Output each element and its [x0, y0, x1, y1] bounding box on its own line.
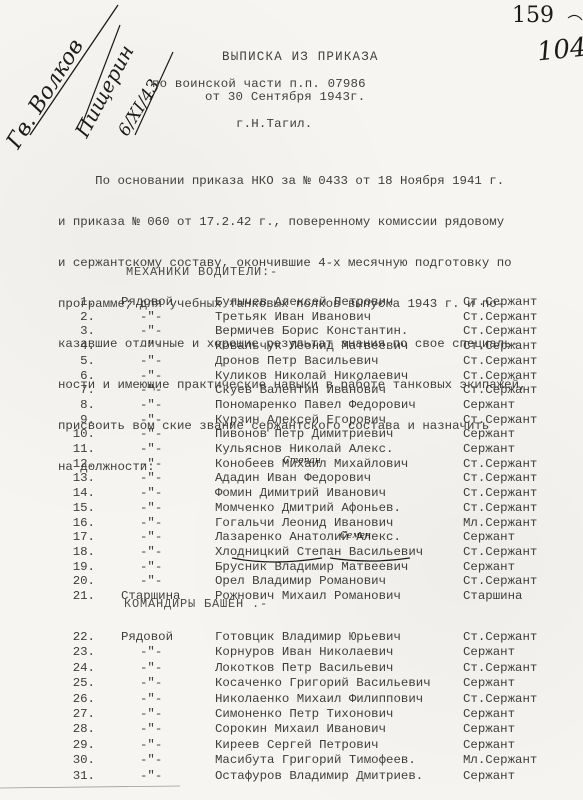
row-number: 25.	[73, 676, 95, 690]
row-number: 5.	[80, 354, 95, 368]
row-name: Николаенко Михаил Филиппович	[215, 692, 423, 706]
row-rank: -"-	[140, 738, 214, 752]
row-number: 30.	[73, 753, 95, 767]
row-name: Булычев Алексей Петрович	[215, 295, 393, 309]
row-rank: -"-	[140, 413, 214, 427]
row-rank: -"-	[140, 560, 214, 574]
row-assigned-rank: Ст.Сержант	[463, 630, 537, 644]
row-name: Куликов Николай Николаевич	[215, 369, 408, 383]
handwritten-annotation: Степан	[283, 456, 321, 466]
row-rank: -"-	[140, 545, 214, 559]
roster-row: 7.-"-Скуев Валентин ИвановичСт.Сержант	[0, 383, 583, 397]
row-number: 19.	[73, 560, 95, 574]
roster-row: 11.-"-Кульяснов Николай Алекс.Сержант	[0, 442, 583, 456]
row-assigned-rank: Старшина	[463, 589, 523, 603]
row-number: 29.	[73, 738, 95, 752]
row-name: Вермичев Борис Константин.	[215, 324, 408, 338]
row-number: 23.	[73, 645, 95, 659]
row-number: 16.	[73, 516, 95, 530]
row-rank: -"-	[140, 769, 214, 783]
row-number: 12.	[73, 457, 95, 471]
row-assigned-rank: Сержант	[463, 707, 515, 721]
row-name: Сорокин Михаил Иванович	[215, 722, 386, 736]
roster-row: 22.РядовойГотовцик Владимир ЮрьевичСт.Се…	[0, 630, 583, 644]
row-rank: -"-	[140, 471, 214, 485]
roster-row: 6.-"-Куликов Николай НиколаевичСт.Сержан…	[0, 369, 583, 383]
roster-row: 19.-"-Брусник Владимир МатвеевичСержант	[0, 560, 583, 574]
roster-row: 2.-"-Третьяк Иван ИвановичСт.Сержант	[0, 310, 583, 324]
roster-row: 4.-"-Ковальчук Леонид МатвеевичСт.Сержан…	[0, 339, 583, 353]
row-rank: -"-	[140, 530, 214, 544]
row-rank: -"-	[140, 516, 214, 530]
row-rank: -"-	[140, 427, 214, 441]
row-name: Готовцик Владимир Юрьевич	[215, 630, 401, 644]
row-assigned-rank: Ст.Сержант	[463, 545, 537, 559]
row-number: 13.	[73, 471, 95, 485]
row-name: Ковальчук Леонид Матвеевич	[215, 339, 408, 353]
row-assigned-rank: Ст.Сержант	[463, 383, 537, 397]
row-name: Пономаренко Павел Федорович	[215, 398, 416, 412]
row-rank: -"-	[140, 457, 214, 471]
row-name: Скуев Валентин Иванович	[215, 383, 386, 397]
row-assigned-rank: Сержант	[463, 676, 515, 690]
row-name: Рожнович Михаил Романович	[215, 589, 401, 603]
row-name: Третьяк Иван Иванович	[215, 310, 371, 324]
row-assigned-rank: Ст.Сержант	[463, 457, 537, 471]
document-page: Гв. Волков Пищерин 6/XI/43 159 104 ВЫПИС…	[0, 0, 583, 800]
row-name: Масибута Григорий Тимофеев.	[215, 753, 416, 767]
row-name: Симоненко Петр Тихонович	[215, 707, 393, 721]
row-name: Гогальчи Леонид Иванович	[215, 516, 393, 530]
row-name: Косаченко Григорий Васильевич	[215, 676, 431, 690]
row-number: 7.	[80, 383, 95, 397]
section-heading-drivers: МЕХАНИКИ ВОДИТЕЛИ:-	[126, 265, 278, 279]
handwritten-annotation: Семен	[340, 531, 371, 541]
roster-row: 13.-"-Ададин Иван ФедоровичСт.Сержант	[0, 471, 583, 485]
roster-row: 10.-"-Пивонов Петр ДимитриевичСержант	[0, 427, 583, 441]
row-number: 18.	[73, 545, 95, 559]
row-number: 8.	[80, 398, 95, 412]
order-date: от 30 Сентября 1943г.	[205, 90, 365, 104]
row-assigned-rank: Ст.Сержант	[463, 501, 537, 515]
row-rank: Рядовой	[121, 630, 195, 644]
roster-row: 5.-"-Дронов Петр ВасильевичСт.Сержант	[0, 354, 583, 368]
row-assigned-rank: Ст.Сержант	[463, 471, 537, 485]
row-rank: Рядовой	[121, 295, 195, 309]
row-assigned-rank: Сержант	[463, 722, 515, 736]
roster-row: 24.-"-Локотков Петр ВасильевичСт.Сержант	[0, 661, 583, 675]
city-line: г.Н.Тагил.	[236, 117, 312, 131]
row-number: 15.	[73, 501, 95, 515]
row-number: 3.	[80, 324, 95, 338]
roster-row: 28.-"-Сорокин Михаил ИвановичСержант	[0, 722, 583, 736]
row-rank: -"-	[140, 442, 214, 456]
row-assigned-rank: Ст.Сержант	[463, 413, 537, 427]
row-name: Курзин Алексей Егорович	[215, 413, 386, 427]
row-name: Лазаренко Анатолий Алекс.	[215, 530, 401, 544]
row-assigned-rank: Ст.Сержант	[463, 486, 537, 500]
row-name: Кульяснов Николай Алекс.	[215, 442, 393, 456]
row-number: 26.	[73, 692, 95, 706]
row-name: Локотков Петр Васильевич	[215, 661, 393, 675]
roster-row: 17.-"-Лазаренко Анатолий Алекс.Сержант	[0, 530, 583, 544]
body-line: и приказа № 060 от 17.2.42 г., поверенно…	[58, 216, 578, 230]
roster-row: 16.-"-Гогальчи Леонид ИвановичМл.Сержант	[0, 516, 583, 530]
row-number: 17.	[73, 530, 95, 544]
row-assigned-rank: Сержант	[463, 398, 515, 412]
row-number: 2.	[80, 310, 95, 324]
roster-row: 3.-"-Вермичев Борис Константин.Ст.Сержан…	[0, 324, 583, 338]
row-name: Брусник Владимир Матвеевич	[215, 560, 408, 574]
row-rank: -"-	[140, 661, 214, 675]
row-rank: -"-	[140, 486, 214, 500]
row-assigned-rank: Сержант	[463, 427, 515, 441]
row-assigned-rank: Ст.Сержант	[463, 295, 537, 309]
page-number-secondary: 104	[536, 32, 583, 67]
row-assigned-rank: Ст.Сержант	[463, 310, 537, 324]
row-name: Фомин Димитрий Иванович	[215, 486, 386, 500]
roster-row: 26.-"-Николаенко Михаил ФилипповичСт.Сер…	[0, 692, 583, 706]
row-number: 21.	[73, 589, 95, 603]
row-assigned-rank: Ст.Сержант	[463, 324, 537, 338]
row-number: 20.	[73, 574, 95, 588]
military-unit-line: по воинской части п.п. 07986	[152, 77, 366, 91]
row-rank: -"-	[140, 324, 214, 338]
roster-row: 27.-"-Симоненко Петр ТихоновичСержант	[0, 707, 583, 721]
row-assigned-rank: Ст.Сержант	[463, 661, 537, 675]
row-number: 6.	[80, 369, 95, 383]
row-number: 9.	[80, 413, 95, 427]
row-assigned-rank: Сержант	[463, 442, 515, 456]
row-rank: -"-	[140, 369, 214, 383]
row-rank: -"-	[140, 574, 214, 588]
row-rank: Старшина	[121, 589, 195, 603]
roster-row: 8.-"-Пономаренко Павел ФедоровичСержант	[0, 398, 583, 412]
row-assigned-rank: Сержант	[463, 769, 515, 783]
row-number: 28.	[73, 722, 95, 736]
roster-row: 29.-"-Киреев Сергей ПетровичСержант	[0, 738, 583, 752]
row-name: Орел Владимир Романович	[215, 574, 386, 588]
roster-row: 21.СтаршинаРожнович Михаил РомановичСтар…	[0, 589, 583, 603]
row-name: Корнуров Иван Николаевич	[215, 645, 393, 659]
page-number: 159	[512, 3, 554, 28]
row-name: Пивонов Петр Димитриевич	[215, 427, 393, 441]
row-name: Дронов Петр Васильевич	[215, 354, 379, 368]
row-assigned-rank: Ст.Сержант	[463, 339, 537, 353]
row-assigned-rank: Мл.Сержант	[463, 516, 537, 530]
row-assigned-rank: Мл.Сержант	[463, 753, 537, 767]
row-rank: -"-	[140, 676, 214, 690]
roster-row: 20.-"-Орел Владимир РомановичСт.Сержант	[0, 574, 583, 588]
row-rank: -"-	[140, 383, 214, 397]
row-number: 1.	[80, 295, 95, 309]
roster-row: 1.РядовойБулычев Алексей ПетровичСт.Серж…	[0, 295, 583, 309]
roster-row: 9.-"-Курзин Алексей ЕгоровичСт.Сержант	[0, 413, 583, 427]
roster-row: 15.-"-Момченко Дмитрий Афоньев.Ст.Сержан…	[0, 501, 583, 515]
row-assigned-rank: Ст.Сержант	[463, 692, 537, 706]
row-number: 14.	[73, 486, 95, 500]
row-assigned-rank: Сержант	[463, 738, 515, 752]
row-rank: -"-	[140, 354, 214, 368]
row-assigned-rank: Ст.Сержант	[463, 369, 537, 383]
row-number: 4.	[80, 339, 95, 353]
row-name: Остафуров Владимир Дмитриев.	[215, 769, 423, 783]
roster-row: 23.-"-Корнуров Иван НиколаевичСержант	[0, 645, 583, 659]
roster-row: 25.-"-Косаченко Григорий ВасильевичСержа…	[0, 676, 583, 690]
row-rank: -"-	[140, 398, 214, 412]
row-assigned-rank: Ст.Сержант	[463, 354, 537, 368]
roster-row: 30.-"-Масибута Григорий Тимофеев.Мл.Серж…	[0, 753, 583, 767]
document-title: ВЫПИСКА ИЗ ПРИКАЗА	[222, 50, 379, 64]
row-rank: -"-	[140, 339, 214, 353]
row-name: Киреев Сергей Петрович	[215, 738, 379, 752]
row-assigned-rank: Сержант	[463, 645, 515, 659]
row-number: 11.	[73, 442, 95, 456]
row-assigned-rank: Сержант	[463, 560, 515, 574]
row-rank: -"-	[140, 645, 214, 659]
row-assigned-rank: Сержант	[463, 530, 515, 544]
row-number: 10.	[73, 427, 95, 441]
roster-row: 14.-"-Фомин Димитрий ИвановичСт.Сержант	[0, 486, 583, 500]
row-name: Ададин Иван Федорович	[215, 471, 371, 485]
row-number: 22.	[73, 630, 95, 644]
row-assigned-rank: Ст.Сержант	[463, 574, 537, 588]
row-rank: -"-	[140, 501, 214, 515]
row-rank: -"-	[140, 707, 214, 721]
row-rank: -"-	[140, 692, 214, 706]
row-name: Момченко Дмитрий Афоньев.	[215, 501, 401, 515]
row-number: 31.	[73, 769, 95, 783]
roster-row: 18.-"-Хлодницкий Степан ВасильевичСт.Сер…	[0, 545, 583, 559]
row-rank: -"-	[140, 722, 214, 736]
row-number: 24.	[73, 661, 95, 675]
row-name: Хлодницкий Степан Васильевич	[215, 545, 423, 559]
row-rank: -"-	[140, 753, 214, 767]
row-rank: -"-	[140, 310, 214, 324]
body-line: По основании приказа НКО за № 0433 от 18…	[58, 175, 578, 189]
roster-row: 31.-"-Остафуров Владимир Дмитриев.Сержан…	[0, 769, 583, 783]
row-number: 27.	[73, 707, 95, 721]
